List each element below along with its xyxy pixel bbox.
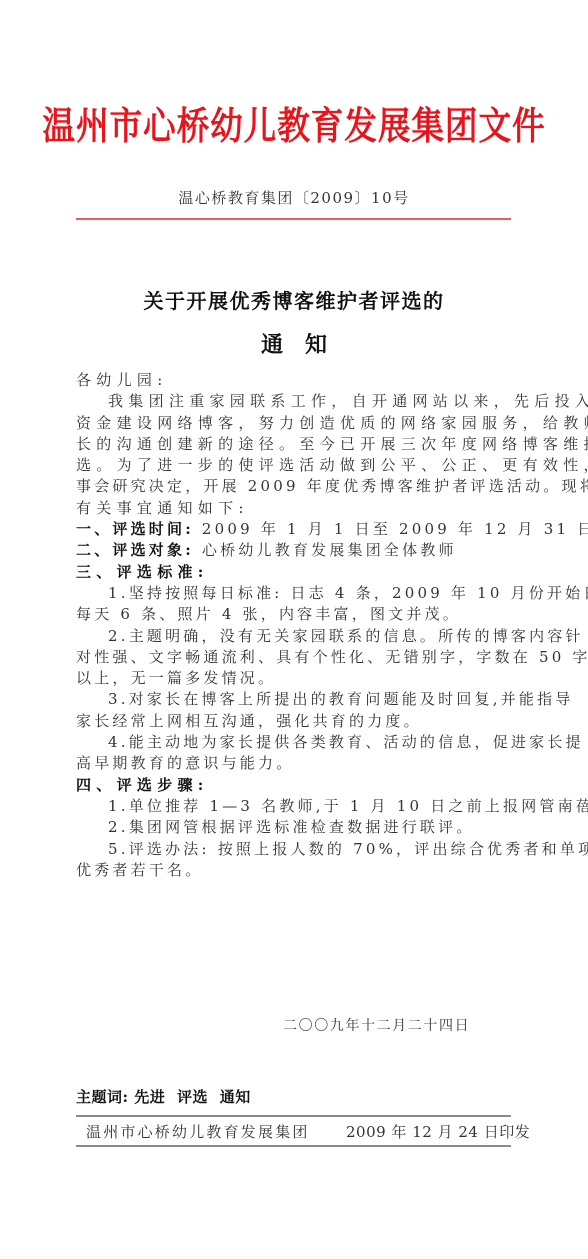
- section-target-text: 心桥幼儿教育发展集团全体教师: [202, 541, 457, 559]
- section-time: 一、评选时间: 2009 年 1 月 1 日至 2009 年 12 月 31 日: [76, 519, 516, 540]
- document-number: 温心桥教育集团〔2009〕10号: [0, 187, 588, 208]
- salutation: 各幼儿园:: [76, 370, 516, 391]
- subject-keywords: 主题词: 先进 评选 通知: [76, 1086, 257, 1107]
- criteria-line: 2.主题明确，没有无关家园联系的信息。所传的博客内容针: [76, 626, 516, 647]
- steps-line: 1.单位推荐 1—3 名教师,于 1 月 10 日之前上报网管南蓓雷。: [76, 796, 516, 817]
- intro-line: 事会研究决定，开展 2009 年度优秀博客维护者评选活动。现将: [76, 476, 516, 497]
- criteria-line: 家长经常上网相互沟通，强化共育的力度。: [76, 711, 516, 732]
- criteria-line: 1.坚持按照每日标准: 日志 4 条，2009 年 10 月份开始日志: [76, 583, 516, 604]
- red-divider: [76, 218, 511, 220]
- criteria-line: 4.能主动地为家长提供各类教育、活动的信息，促进家长提: [76, 732, 516, 753]
- footer-top-divider: [76, 1115, 511, 1117]
- notice-subtitle: 通知: [0, 328, 588, 359]
- intro-line: 资金建设网络博客，努力创造优质的网络家园服务，给教师与家: [76, 413, 516, 434]
- keyword: 评选: [177, 1088, 208, 1106]
- criteria-line: 高早期教育的意识与能力。: [76, 753, 516, 774]
- issuer-name: 温州市心桥幼儿教育发展集团: [86, 1121, 310, 1142]
- keyword: 通知: [220, 1088, 251, 1106]
- notice-title: 关于开展优秀博客维护者评选的: [0, 285, 588, 314]
- keyword: 先进: [134, 1088, 165, 1106]
- steps-line: 2.集团网管根据评选标准检查数据进行联评。: [76, 817, 516, 838]
- section-target-label: 二、评选对象:: [76, 541, 194, 559]
- steps-line: 优秀者若干名。: [76, 860, 516, 881]
- section-steps: 四、评选步骤:: [76, 775, 516, 796]
- intro-line: 长的沟通创建新的途径。至今已开展三次年度网络博客维护评: [76, 434, 516, 455]
- notice-subtitle-char-1: 通: [261, 332, 283, 358]
- section-time-label: 一、评选时间:: [76, 520, 194, 538]
- criteria-line: 以上，无一篇多发情况。: [76, 668, 516, 689]
- intro-line: 有关事宜通知如下:: [76, 498, 516, 519]
- section-criteria-label: 三、评选标准:: [76, 563, 209, 581]
- criteria-line: 对性强、文字畅通流利、具有个性化、无错别字，字数在 50 字: [76, 647, 516, 668]
- section-criteria: 三、评选标准:: [76, 562, 516, 583]
- section-steps-label: 四、评选步骤:: [76, 776, 209, 794]
- footer-bottom-divider: [76, 1145, 511, 1147]
- steps-line: 5.评选办法: 按照上报人数的 70%，评出综合优秀者和单项: [76, 839, 516, 860]
- document-header-title: 温州市心桥幼儿教育发展集团文件: [41, 100, 547, 152]
- intro-line: 我集团注重家园联系工作，自开通网站以来，先后投入大量: [76, 391, 516, 412]
- notice-subtitle-char-2: 知: [305, 332, 327, 358]
- section-time-text: 2009 年 1 月 1 日至 2009 年 12 月 31 日: [202, 520, 588, 538]
- intro-line: 选。为了进一步的使评选活动做到公平、公正、更有效性，经董: [76, 455, 516, 476]
- keywords-label: 主题词:: [76, 1088, 129, 1106]
- print-date: 2009 年 12 月 24 日印发: [346, 1121, 530, 1142]
- notice-body: 各幼儿园: 我集团注重家园联系工作，自开通网站以来，先后投入大量 资金建设网络博…: [76, 370, 516, 881]
- section-target: 二、评选对象: 心桥幼儿教育发展集团全体教师: [76, 540, 516, 561]
- signature-date: 二〇〇九年十二月二十四日: [283, 1015, 470, 1035]
- criteria-line: 3.对家长在博客上所提出的教育问题能及时回复,并能指导: [76, 689, 516, 710]
- criteria-line: 每天 6 条、照片 4 张，内容丰富，图文并茂。: [76, 604, 516, 625]
